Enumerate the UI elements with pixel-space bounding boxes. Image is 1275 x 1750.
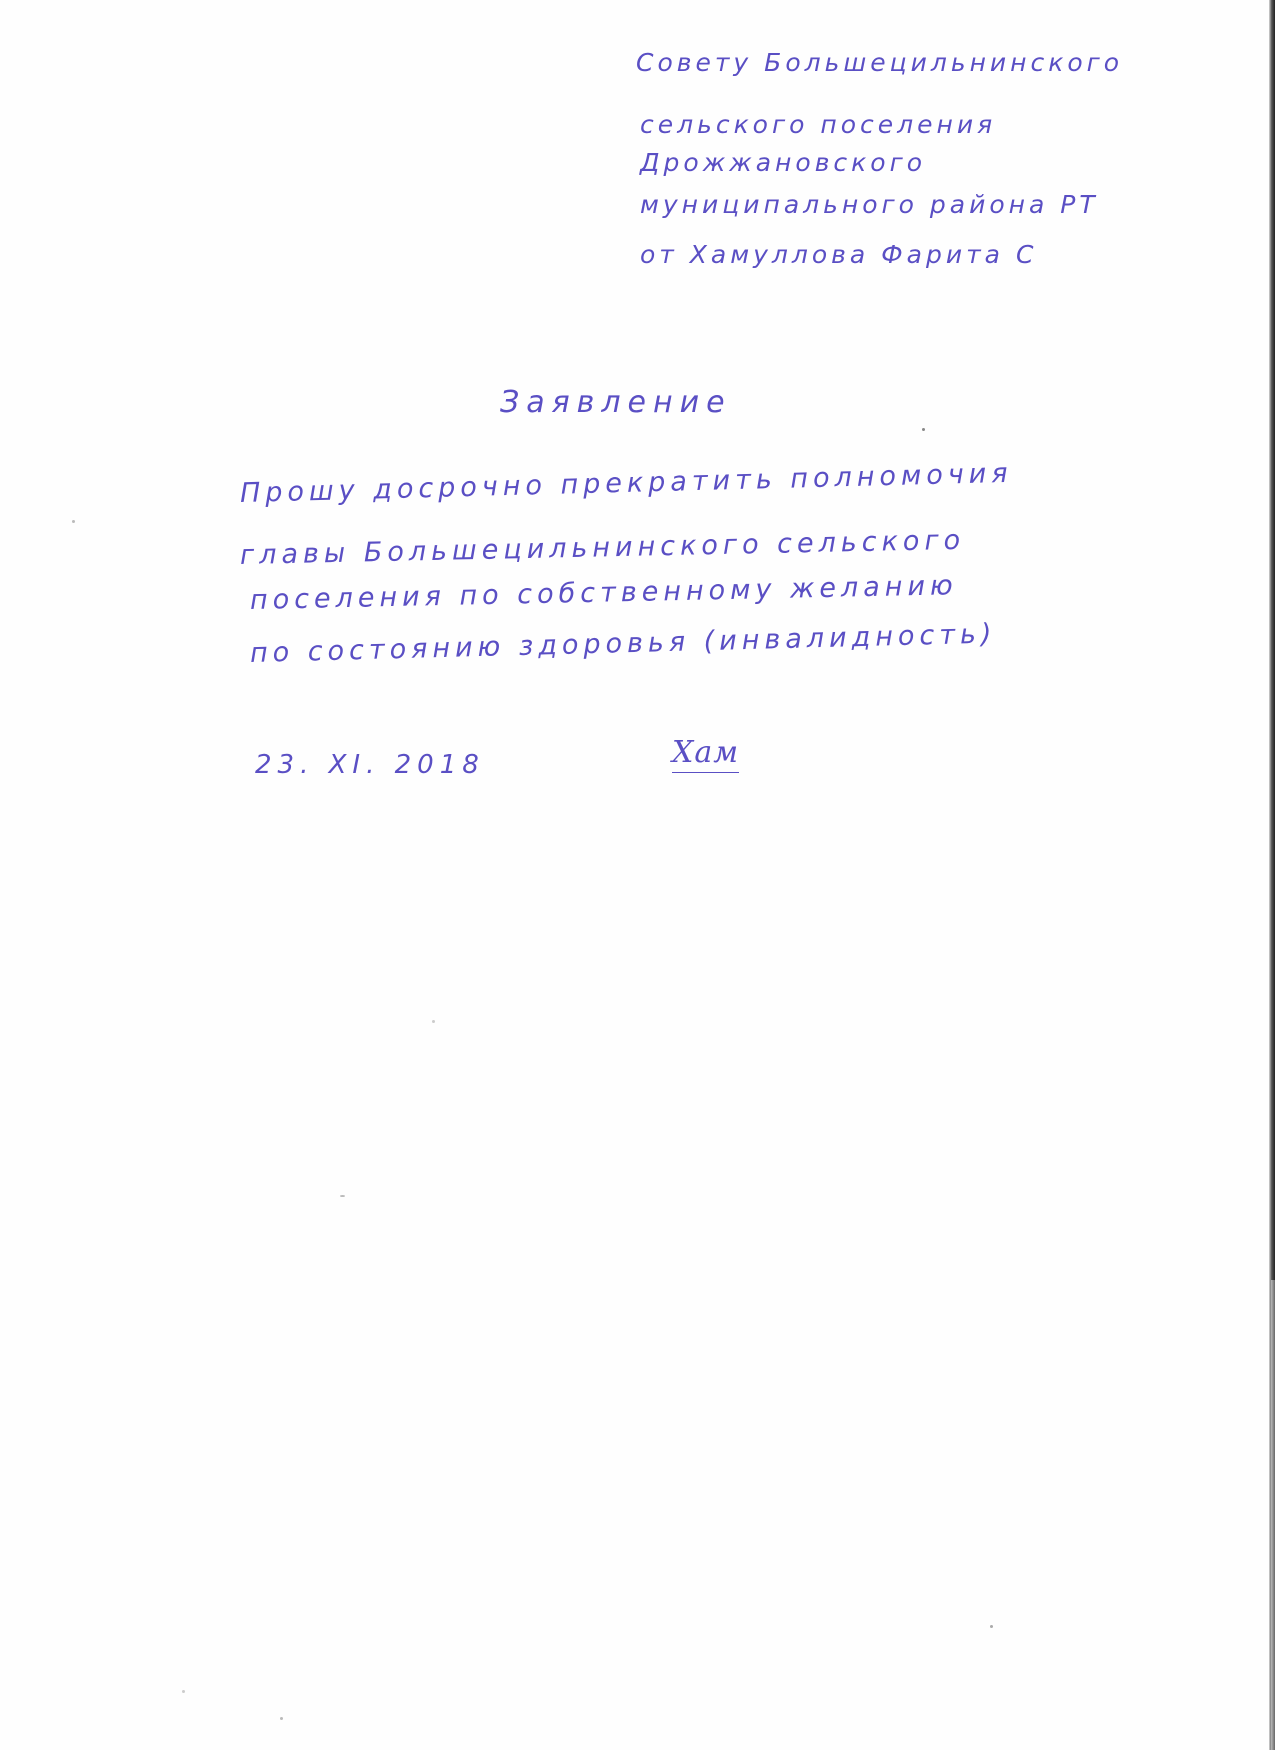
scan-speck xyxy=(990,1625,993,1628)
scan-speck xyxy=(182,1690,185,1693)
scan-speck xyxy=(432,1020,435,1023)
body-line-2: главы Большецильнинского сельского xyxy=(240,525,966,571)
body-line-1: Прошу досрочно прекратить полномочия xyxy=(240,458,1013,509)
body-line-3: поселения по собственному желанию xyxy=(250,570,958,616)
addressee-line-2: сельского поселения xyxy=(640,110,996,139)
addressee-line-5: от Хамуллова Фарита С xyxy=(640,240,1037,269)
scan-edge-shadow-lower xyxy=(1271,1280,1275,1750)
scan-speck xyxy=(72,520,75,523)
scan-speck xyxy=(280,1717,283,1720)
scan-speck xyxy=(922,428,925,431)
date: 23. XI. 2018 xyxy=(255,750,485,780)
addressee-line-1: Совету Большецильнинского xyxy=(636,48,1123,77)
scanned-page: Совету Большецильнинского сельского посе… xyxy=(0,0,1275,1750)
scan-speck xyxy=(340,1195,345,1197)
signature: Хам xyxy=(672,735,739,773)
addressee-line-4: муниципального района РТ xyxy=(640,190,1099,219)
body-line-4: по состоянию здоровья (инвалидность) xyxy=(250,618,997,669)
addressee-line-3: Дрожжановского xyxy=(640,148,926,177)
document-title: Заявление xyxy=(500,385,732,420)
